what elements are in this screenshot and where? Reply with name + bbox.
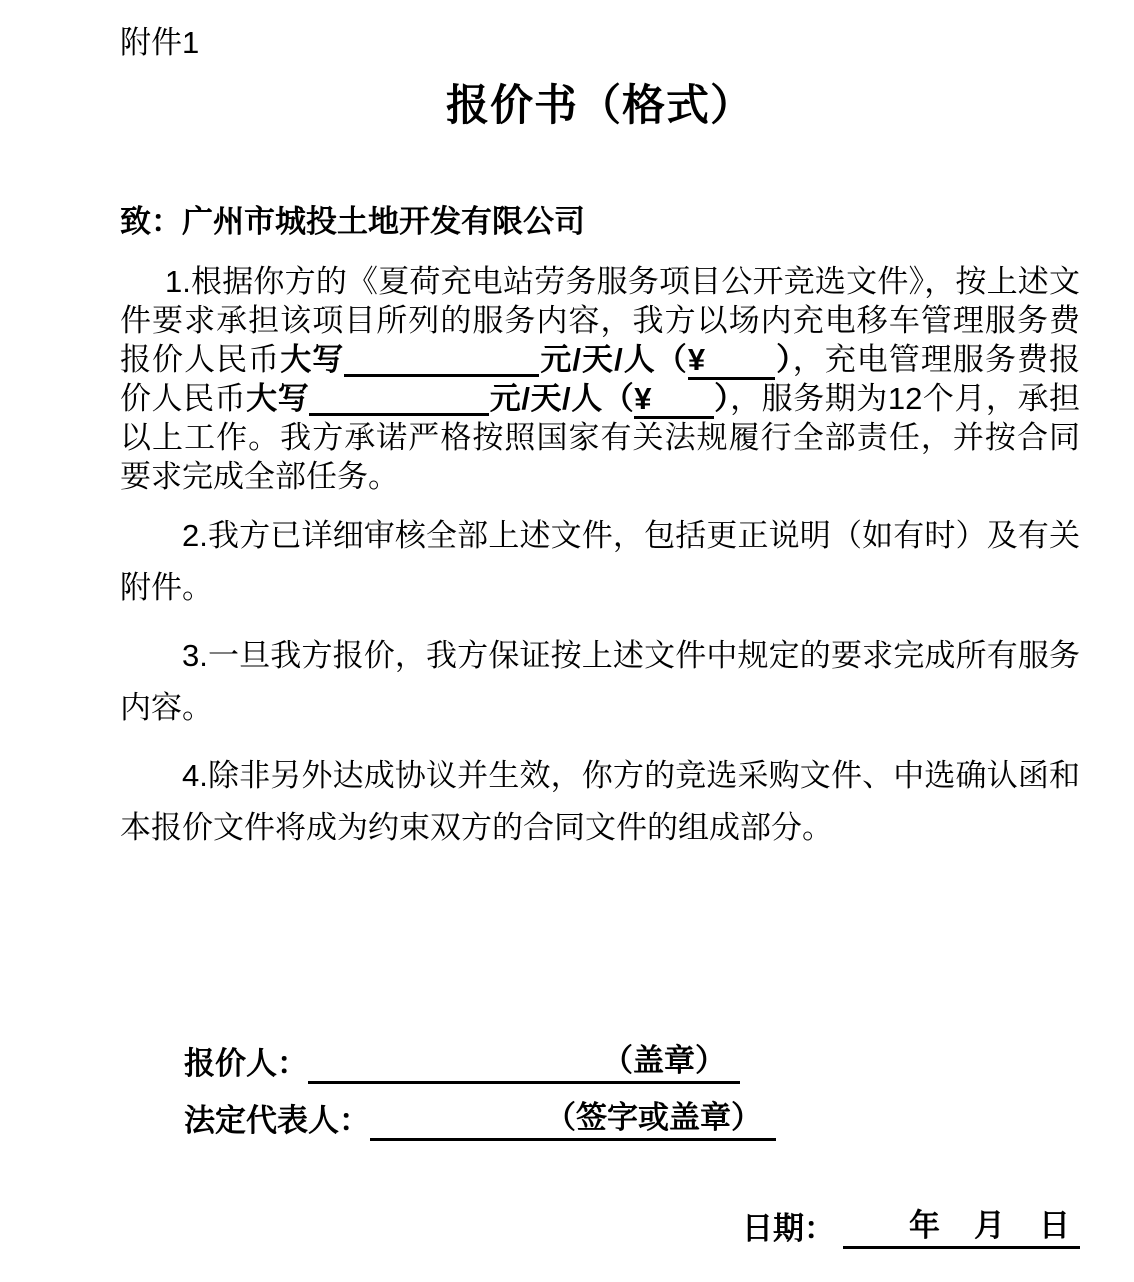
paragraph-2: 2.我方已详细审核全部上述文件，包括更正说明（如有时）及有关附件。 — [120, 510, 1080, 614]
yen-sign-1: ¥ — [688, 342, 705, 377]
page-title: 报价书（格式） — [120, 80, 1080, 132]
para1-close-1: ） — [775, 342, 793, 377]
paragraph-3: 3.一旦我方报价，我方保证按上述文件中规定的要求完成所有服务内容。 — [120, 630, 1080, 734]
para1-close-2: ） — [714, 381, 731, 416]
amount-blank-2 — [309, 396, 489, 416]
para1-daxie-2: 大写 — [246, 381, 309, 416]
document-page: 附件1 报价书（格式） 致：广州市城投土地开发有限公司 1.根据你方的《夏荷充电… — [0, 0, 1134, 1282]
paragraph-1: 1.根据你方的《夏荷充电站劳务服务项目公开竞选文件》，按上述文件要求承担该项目所… — [120, 262, 1080, 496]
quoter-signature-line: （盖章） — [308, 1041, 740, 1084]
yen-group-2: ¥ — [634, 381, 713, 419]
attachment-label: 附件1 — [120, 24, 1080, 62]
legal-rep-seal-note: （签字或盖章） — [545, 1100, 762, 1135]
legal-rep-label: 法定代表人： — [184, 1101, 370, 1141]
yen-blank-2 — [652, 396, 714, 416]
date-month-label: 月 — [974, 1206, 1005, 1246]
quoter-seal-note: （盖章） — [602, 1043, 726, 1078]
date-label: 日期： — [742, 1209, 835, 1249]
para1-unit-2: 元/天/人（ — [489, 381, 634, 416]
quoter-row: 报价人： （盖章） — [184, 1040, 1080, 1084]
yen-group-1: ¥ — [688, 342, 775, 380]
addressee-line: 致：广州市城投土地开发有限公司 — [120, 204, 1080, 240]
date-year-label: 年 — [909, 1206, 940, 1246]
legal-rep-row: 法定代表人： （签字或盖章） — [184, 1097, 1080, 1141]
legal-rep-signature-line: （签字或盖章） — [370, 1098, 776, 1141]
signature-block: 报价人： （盖章） 法定代表人： （签字或盖章） — [184, 1040, 1080, 1141]
date-day-label: 日 — [1039, 1206, 1070, 1246]
date-fill-line: 年 月 日 — [843, 1206, 1080, 1249]
para1-unit-1: 元/天/人（ — [539, 342, 688, 377]
quoter-label: 报价人： — [184, 1044, 308, 1084]
amount-blank-1 — [344, 357, 539, 377]
paragraph-4: 4.除非另外达成协议并生效，你方的竞选采购文件、中选确认函和本报价文件将成为约束… — [120, 750, 1080, 854]
yen-blank-1 — [705, 357, 775, 377]
para1-daxie-1: 大写 — [280, 342, 344, 377]
date-row: 日期： 年 月 日 — [120, 1205, 1080, 1249]
yen-sign-2: ¥ — [634, 381, 651, 416]
